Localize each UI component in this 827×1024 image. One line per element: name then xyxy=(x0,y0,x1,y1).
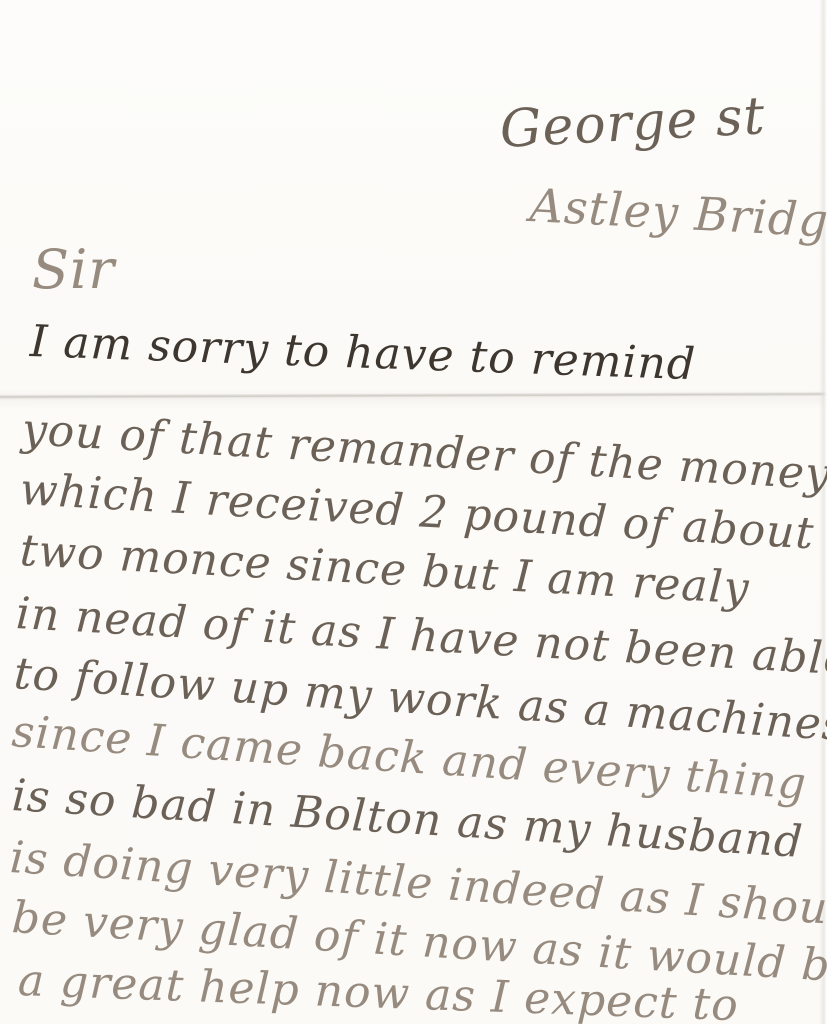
paper-edge xyxy=(819,0,827,1024)
salutation: Sir xyxy=(32,238,115,301)
paper-fold-line xyxy=(0,392,827,401)
address-street: George st xyxy=(498,86,766,160)
address-town: Astley Bridge xyxy=(529,178,827,249)
body-line-1: I am sorry to have to remind xyxy=(29,316,697,390)
letter-page: George st Astley Bridge Sir I am sorry t… xyxy=(0,0,827,1024)
